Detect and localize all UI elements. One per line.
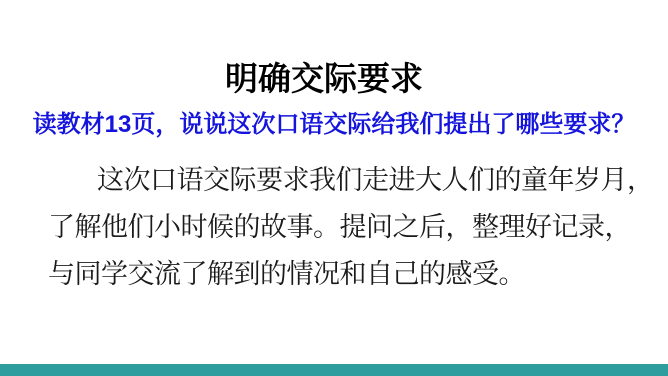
slide-canvas: 明确交际要求 读教材13页，说说这次口语交际给我们提出了哪些要求？ 这次口语交际…: [0, 0, 668, 376]
page-title: 明确交际要求: [0, 60, 648, 98]
paragraph-line: 与同学交流了解到的情况和自己的感受。: [48, 251, 638, 298]
body-paragraph: 这次口语交际要求我们走进大人们的童年岁月， 了解他们小时候的故事。提问之后，整理…: [48, 157, 638, 298]
paragraph-line: 了解他们小时候的故事。提问之后，整理好记录，: [48, 204, 638, 251]
footer-accent-bar: [0, 364, 668, 376]
reading-prompt: 读教材13页，说说这次口语交际给我们提出了哪些要求？: [0, 111, 668, 139]
paragraph-line: 这次口语交际要求我们走进大人们的童年岁月，: [48, 157, 638, 204]
